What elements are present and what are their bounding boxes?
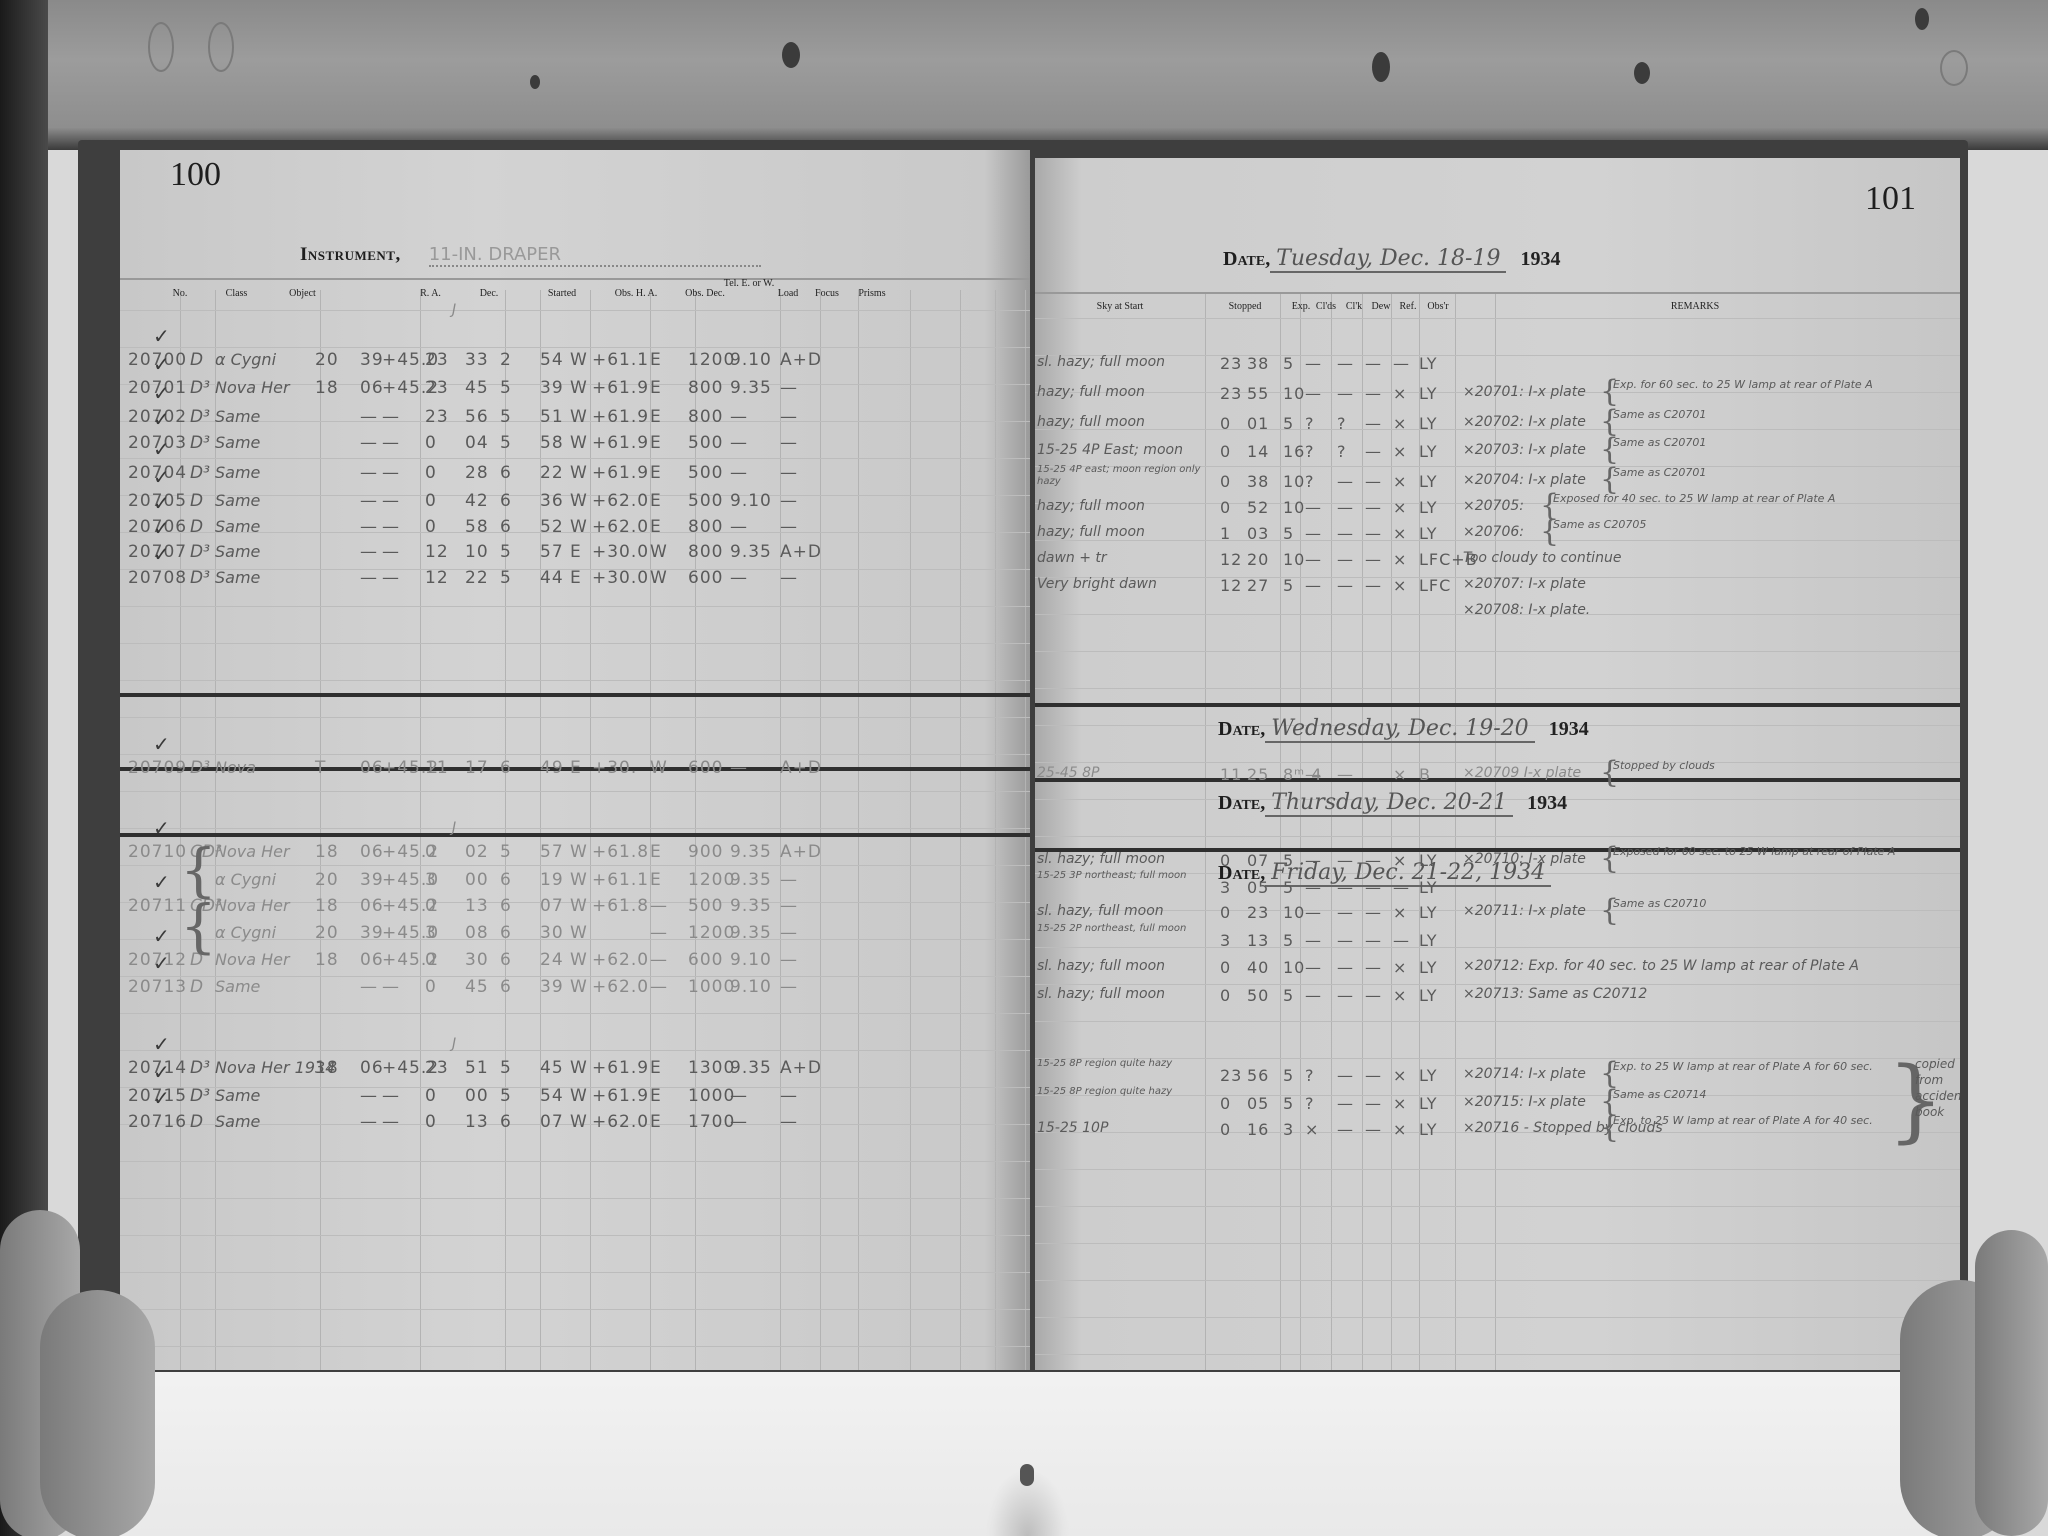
ruled-line [120,310,1030,311]
cell-note: Same as C20710 [1613,897,1923,910]
cell-clk: — [1337,851,1354,870]
cell-ra-h: 18 [315,1058,339,1078]
cell-focus: 9.35 [730,870,772,890]
cell-start-h: 0 [425,1112,437,1132]
cell-obs-dec: +61.9 [592,463,649,483]
cell-ra-m: — [360,977,378,997]
cell-focus: — [730,407,748,427]
cell-start-m: 45 [465,378,489,398]
cell-ref: — [1393,878,1410,897]
column-header: Dec. [454,288,524,299]
cell-load: 1700 [688,1112,735,1132]
cell-obs-dec: +61.9 [592,407,649,427]
cell-remark: ×20701: I-x plate [1463,384,1586,400]
cell-start-h: 23 [425,1058,449,1078]
cell-obs-dec: +61.9 [592,433,649,453]
cell-tel: — [650,950,668,970]
cell-stop-m: 16 [1247,1120,1269,1139]
cell-start-m: 02 [465,842,489,862]
cell-clds: ? [1305,442,1315,461]
header-rule [120,278,1030,280]
ruled-line [1035,1243,1960,1244]
cell-object: Same [215,977,260,996]
wood-knot [1372,52,1390,82]
cell-obsr: LFC [1419,576,1451,595]
cell-object: α Cygni [215,923,276,942]
ruled-line [1035,1169,1960,1170]
cell-stop-m: 25 [1247,765,1269,784]
cell-stop-h: 23 [1220,354,1242,373]
cell-ref: × [1393,1094,1407,1113]
cell-sky: sl. hazy, full moon [1037,903,1164,919]
checkmark-icon: ✓ [153,491,170,515]
cell-focus: — [730,758,748,778]
cell-load: 500 [688,463,723,483]
cell-ref: × [1393,765,1407,784]
section-separator [120,833,1030,837]
wood-knot [530,75,540,89]
right-page: 101 Date,Tuesday, Dec. 18-191934Date,Wed… [1035,158,1960,1370]
cell-tel: E [650,842,662,862]
rod-pin [1020,1464,1034,1486]
cell-clds: — [1305,931,1322,950]
cell-note: Exp. for 60 sec. to 25 W lamp at rear of… [1613,378,1923,391]
cell-object: Same [215,517,260,536]
column-header: REMARKS [1635,301,1755,312]
cell-ha: 54 W [540,1086,588,1106]
cell-start-h: 0 [425,433,437,453]
cell-obsr: LY [1419,524,1438,543]
cell-stop-m: 38 [1247,354,1269,373]
cell-start-h: 3 [425,923,437,943]
cell-ha: 44 E [540,568,582,588]
cell-cls: D³ [190,1086,210,1106]
cell-start-x: 6 [500,977,512,997]
cell-sky: sl. hazy; full moon [1037,851,1165,867]
cell-clk: — [1337,576,1354,595]
cell-clk: — [1337,1120,1354,1139]
ruled-line [120,1050,1030,1051]
column-divider [215,290,216,1370]
cell-prisms: — [780,568,798,588]
date-line: Date,Wednesday, Dec. 19-201934 [1218,716,1589,741]
cell-tel: W [650,758,668,778]
cell-prisms: A+D [780,1058,822,1078]
column-divider [1391,292,1392,1370]
cell-exp: 16 [1283,442,1305,461]
section-separator [120,693,1030,697]
cell-clds: — [1305,903,1322,922]
cell-dew: — [1365,576,1382,595]
cell-start-x: 5 [500,433,512,453]
cell-obs-dec: +30. [592,758,637,778]
cell-ra-h: 20 [315,870,339,890]
cell-start-h: 3 [425,870,437,890]
cell-focus: 9.35 [730,1058,772,1078]
cell-focus: — [730,433,748,453]
cell-dew: — [1365,931,1382,950]
cell-tel: — [650,977,668,997]
cell-obs-dec: +62.0 [592,950,649,970]
cell-obs-dec: +61.9 [592,1086,649,1106]
cell-prisms: — [780,433,798,453]
ruled-line [120,1272,1030,1273]
cell-prisms: — [780,923,798,943]
cell-dew: — [1365,851,1382,870]
cell-ra-m: — [360,491,378,511]
column-divider [1455,292,1456,1370]
cell-obsr: LY [1419,903,1438,922]
cell-exp: 5 [1283,576,1294,595]
cell-note: Exposed for 60 sec. to 25 W lamp at rear… [1613,845,1923,858]
cell-stop-m: 13 [1247,931,1269,950]
cell-object: Nova Her [215,378,290,397]
section-separator [1035,703,1960,707]
cell-focus: — [730,463,748,483]
cell-focus: 9.35 [730,542,772,562]
wood-knot [1915,8,1929,30]
side-note: copied from accident book [1915,1056,1960,1120]
cell-note: Stopped by clouds [1613,759,1923,772]
cell-exp: 5 [1283,524,1294,543]
cell-clk: — [1337,878,1354,897]
column-header: Dew [1369,301,1393,312]
cell-object: Nova Her [215,950,290,969]
wood-ring [1940,50,1968,86]
cell-stop-m: 07 [1247,851,1269,870]
cell-exp: 5 [1283,878,1294,897]
cell-start-h: 12 [425,568,449,588]
cell-prisms: A+D [780,542,822,562]
cell-sky: hazy; full moon [1037,384,1145,400]
cell-tel: E [650,1058,662,1078]
cell-stop-m: 27 [1247,576,1269,595]
column-header: Sky at Start [1055,301,1185,312]
cell-ref: × [1393,442,1407,461]
cell-start-x: 5 [500,1058,512,1078]
cell-clds: × [1305,1120,1319,1139]
cell-remark: ×20703: I-x plate [1463,442,1586,458]
cell-ra-m: 06 [360,950,384,970]
cell-start-x: 6 [500,517,512,537]
cell-start-h: 0 [425,842,437,862]
cell-dec: — [382,977,400,997]
brace-icon: { [180,892,217,960]
ruled-line [120,680,1030,681]
ruled-line [1035,1206,1960,1207]
ruled-line [120,643,1030,644]
cell-clk: — [1337,498,1354,517]
cell-start-h: 0 [425,1086,437,1106]
cell-note: Exp. to 25 W lamp at rear of Plate A for… [1613,1114,1923,1127]
ruled-line [1035,540,1960,541]
cell-exp: 5 [1283,851,1294,870]
cell-clk: — [1337,354,1354,373]
cell-object: Nova Her [215,896,290,915]
cell-start-h: 0 [425,463,437,483]
cell-stop-h: 0 [1220,958,1231,977]
cell-dec: — [382,433,400,453]
ruled-line [120,791,1030,792]
cell-obsr: LY [1419,851,1438,870]
cell-clds: — [1305,524,1322,543]
cell-obsr: LY [1419,958,1438,977]
cell-ha: 39 W [540,977,588,997]
cell-start-m: 45 [465,977,489,997]
ruled-line [1035,947,1960,948]
ruled-line [1035,1354,1960,1355]
cell-prisms: — [780,491,798,511]
cell-dew: — [1365,1094,1382,1113]
cell-ha: 39 W [540,378,588,398]
cell-clds: — [1305,765,1322,784]
cell-obs-dec: +61.9 [592,378,649,398]
cell-sky: 15-25 10P [1037,1120,1108,1136]
cell-cls: D³ [190,758,210,778]
cell-obs-dec: +62.0 [592,517,649,537]
ruled-line [120,1161,1030,1162]
cell-obs-dec: +62.0 [592,977,649,997]
cell-start-x: 5 [500,842,512,862]
cell-dec: — [382,517,400,537]
cell-start-m: 42 [465,491,489,511]
cell-load: 1000 [688,977,735,997]
cell-clds: — [1305,550,1322,569]
checkmark-icon: ✓ [153,542,170,566]
cell-focus: 9.35 [730,896,772,916]
cell-remark: ×20712: Exp. for 40 sec. to 25 W lamp at… [1463,958,1859,974]
cell-remark: ×20706: [1463,524,1524,540]
cell-obs-dec: +61.8 [592,896,649,916]
cell-clds: ? [1305,472,1315,491]
cell-start-m: 58 [465,517,489,537]
cell-object: Same [215,433,260,452]
cell-stop-h: 0 [1220,851,1231,870]
column-header: Object [255,288,350,299]
cell-clk: — [1337,384,1354,403]
cell-clk: — [1337,1066,1354,1085]
cell-ref: — [1393,354,1410,373]
cell-tel: E [650,433,662,453]
cell-object: Nova [215,758,256,777]
cell-object: α Cygni [215,870,276,889]
instrument-label: Instrument, [300,244,401,265]
checkmark-icon: ✓ [153,437,170,461]
cell-start-h: 23 [425,350,449,370]
stand-rod [985,1468,1070,1536]
cell-dec: — [382,542,400,562]
cell-ra-h: 18 [315,842,339,862]
cell-stop-h: 0 [1220,986,1231,1005]
wood-knot [782,42,800,68]
ruled-line [120,606,1030,607]
cell-start-x: 6 [500,896,512,916]
cell-ha: 49 E [540,758,582,778]
cell-start-h: 0 [425,491,437,511]
cell-stop-h: 0 [1220,414,1231,433]
cell-start-x: 6 [500,870,512,890]
cell-object: Same [215,463,260,482]
cell-load: 600 [688,758,723,778]
cell-obsr: LY [1419,878,1438,897]
cell-clds: — [1305,576,1322,595]
cell-obsr: B [1419,765,1431,784]
cell-obsr: LY [1419,1066,1438,1085]
cell-object: Same [215,407,260,426]
cell-stop-h: 1 [1220,524,1231,543]
left-hand-finger [40,1290,155,1536]
ruled-line [120,1198,1030,1199]
cell-sky: hazy; full moon [1037,498,1145,514]
date-label: Date, [1218,718,1265,740]
column-divider [1025,290,1026,1370]
cell-cls: D [190,977,203,997]
cell-cls: D [190,350,203,370]
cell-load: 1200 [688,923,735,943]
column-divider [910,290,911,1370]
cell-sky: 15-25 4P East; moon [1037,442,1183,458]
cell-clk: ? [1337,442,1347,461]
cell-stop-m: 50 [1247,986,1269,1005]
cell-ref: × [1393,851,1407,870]
cell-ra-h: 18 [315,950,339,970]
cell-sky: sl. hazy; full moon [1037,958,1165,974]
cell-no: 20713 [128,977,187,997]
cell-obsr: LY [1419,414,1438,433]
cell-focus: 9.10 [730,977,772,997]
cell-start-h: 0 [425,950,437,970]
cell-ra-h: 20 [315,350,339,370]
cell-dec: — [382,491,400,511]
pencil-mark: J [452,820,456,836]
column-divider [960,290,961,1370]
cell-ra-m: 06 [360,1058,384,1078]
cell-object: Same [215,1112,260,1131]
cell-start-m: 10 [465,542,489,562]
cell-ra-m: — [360,542,378,562]
cell-remark: ×20715: I-x plate [1463,1094,1586,1110]
cell-tel: E [650,463,662,483]
cell-ra-h: 18 [315,896,339,916]
cell-ha: 45 W [540,1058,588,1078]
cell-ha: 22 W [540,463,588,483]
cell-start-h: 0 [425,517,437,537]
cell-ref: × [1393,524,1407,543]
cell-dec: — [382,463,400,483]
cell-clds: — [1305,986,1322,1005]
cell-stop-h: 0 [1220,903,1231,922]
cell-ra-m: — [360,568,378,588]
cell-obs-dec: +61.1 [592,870,649,890]
cell-prisms: A+D [780,842,822,862]
ruled-line [120,865,1030,866]
cell-ref: × [1393,958,1407,977]
cell-ra-h: 18 [315,378,339,398]
cell-prisms: A+D [780,350,822,370]
cell-start-m: 56 [465,407,489,427]
cell-exp: 10 [1283,498,1305,517]
cell-exp: 5 [1283,354,1294,373]
cell-ra-h: 20 [315,923,339,943]
cell-dew: — [1365,1120,1382,1139]
cell-remark: ×20714: I-x plate [1463,1066,1586,1082]
cell-load: 600 [688,950,723,970]
cell-stop-h: 0 [1220,498,1231,517]
cell-obsr: LY [1419,384,1438,403]
cell-stop-h: 0 [1220,1094,1231,1113]
cell-cls: D³ [190,433,210,453]
cell-dec: — [382,1112,400,1132]
cell-clk: — [1337,550,1354,569]
cell-prisms: — [780,977,798,997]
cell-focus: — [730,1086,748,1106]
cell-object: α Cygni [215,350,276,369]
cell-ra-m: — [360,463,378,483]
column-header: No. [150,288,210,299]
cell-start-x: 5 [500,542,512,562]
cell-ref: — [1393,931,1410,950]
cell-object: Same [215,568,260,587]
cell-stop-m: 01 [1247,414,1269,433]
cell-prisms: — [780,896,798,916]
cell-tel: E [650,378,662,398]
right-hand-finger [1975,1230,2048,1536]
ruled-line [1035,318,1960,319]
cell-cls: D [190,491,203,511]
ruled-line [120,458,1030,459]
cell-clds: — [1305,384,1322,403]
column-divider [858,290,859,1370]
cell-ref: × [1393,1066,1407,1085]
cell-tel: E [650,491,662,511]
ruled-line [120,1013,1030,1014]
ruled-line [120,828,1030,829]
cell-note: Exposed for 40 sec. to 25 W lamp at rear… [1553,492,1863,505]
column-header: Obs'r [1423,301,1453,312]
cell-clds: ? [1305,1094,1315,1113]
cell-stop-h: 11 [1220,765,1242,784]
cell-prisms: — [780,870,798,890]
cell-sky: 15-25 8P region quite hazy [1037,1058,1202,1070]
checkmark-icon: ✓ [153,924,170,948]
cell-start-x: 6 [500,923,512,943]
cell-start-x: 5 [500,378,512,398]
cell-obsr: LY [1419,1120,1438,1139]
wood-ring [208,22,234,72]
cell-ha: 07 W [540,896,588,916]
cell-clk: — [1337,1094,1354,1113]
cell-cls: D [190,1112,203,1132]
cell-exp: 10 [1283,550,1305,569]
cell-focus: 9.35 [730,923,772,943]
column-divider [1331,292,1332,1370]
column-header: Cl'ds [1313,301,1339,312]
cell-tel: E [650,1086,662,1106]
cell-tel: E [650,350,662,370]
cell-obsr: LY [1419,442,1438,461]
checkmark-icon: ✓ [153,870,170,894]
cell-clk: — [1337,958,1354,977]
checkmark-icon: ✓ [153,407,170,431]
cell-load: 500 [688,896,723,916]
cell-ra-m: 06 [360,758,384,778]
cell-focus: — [730,568,748,588]
cell-cls: D³ [190,1058,210,1078]
cell-start-x: 6 [500,463,512,483]
cell-start-h: 23 [425,407,449,427]
cell-ref: × [1393,472,1407,491]
cell-sky: 15-25 8P region quite hazy [1037,1086,1202,1098]
